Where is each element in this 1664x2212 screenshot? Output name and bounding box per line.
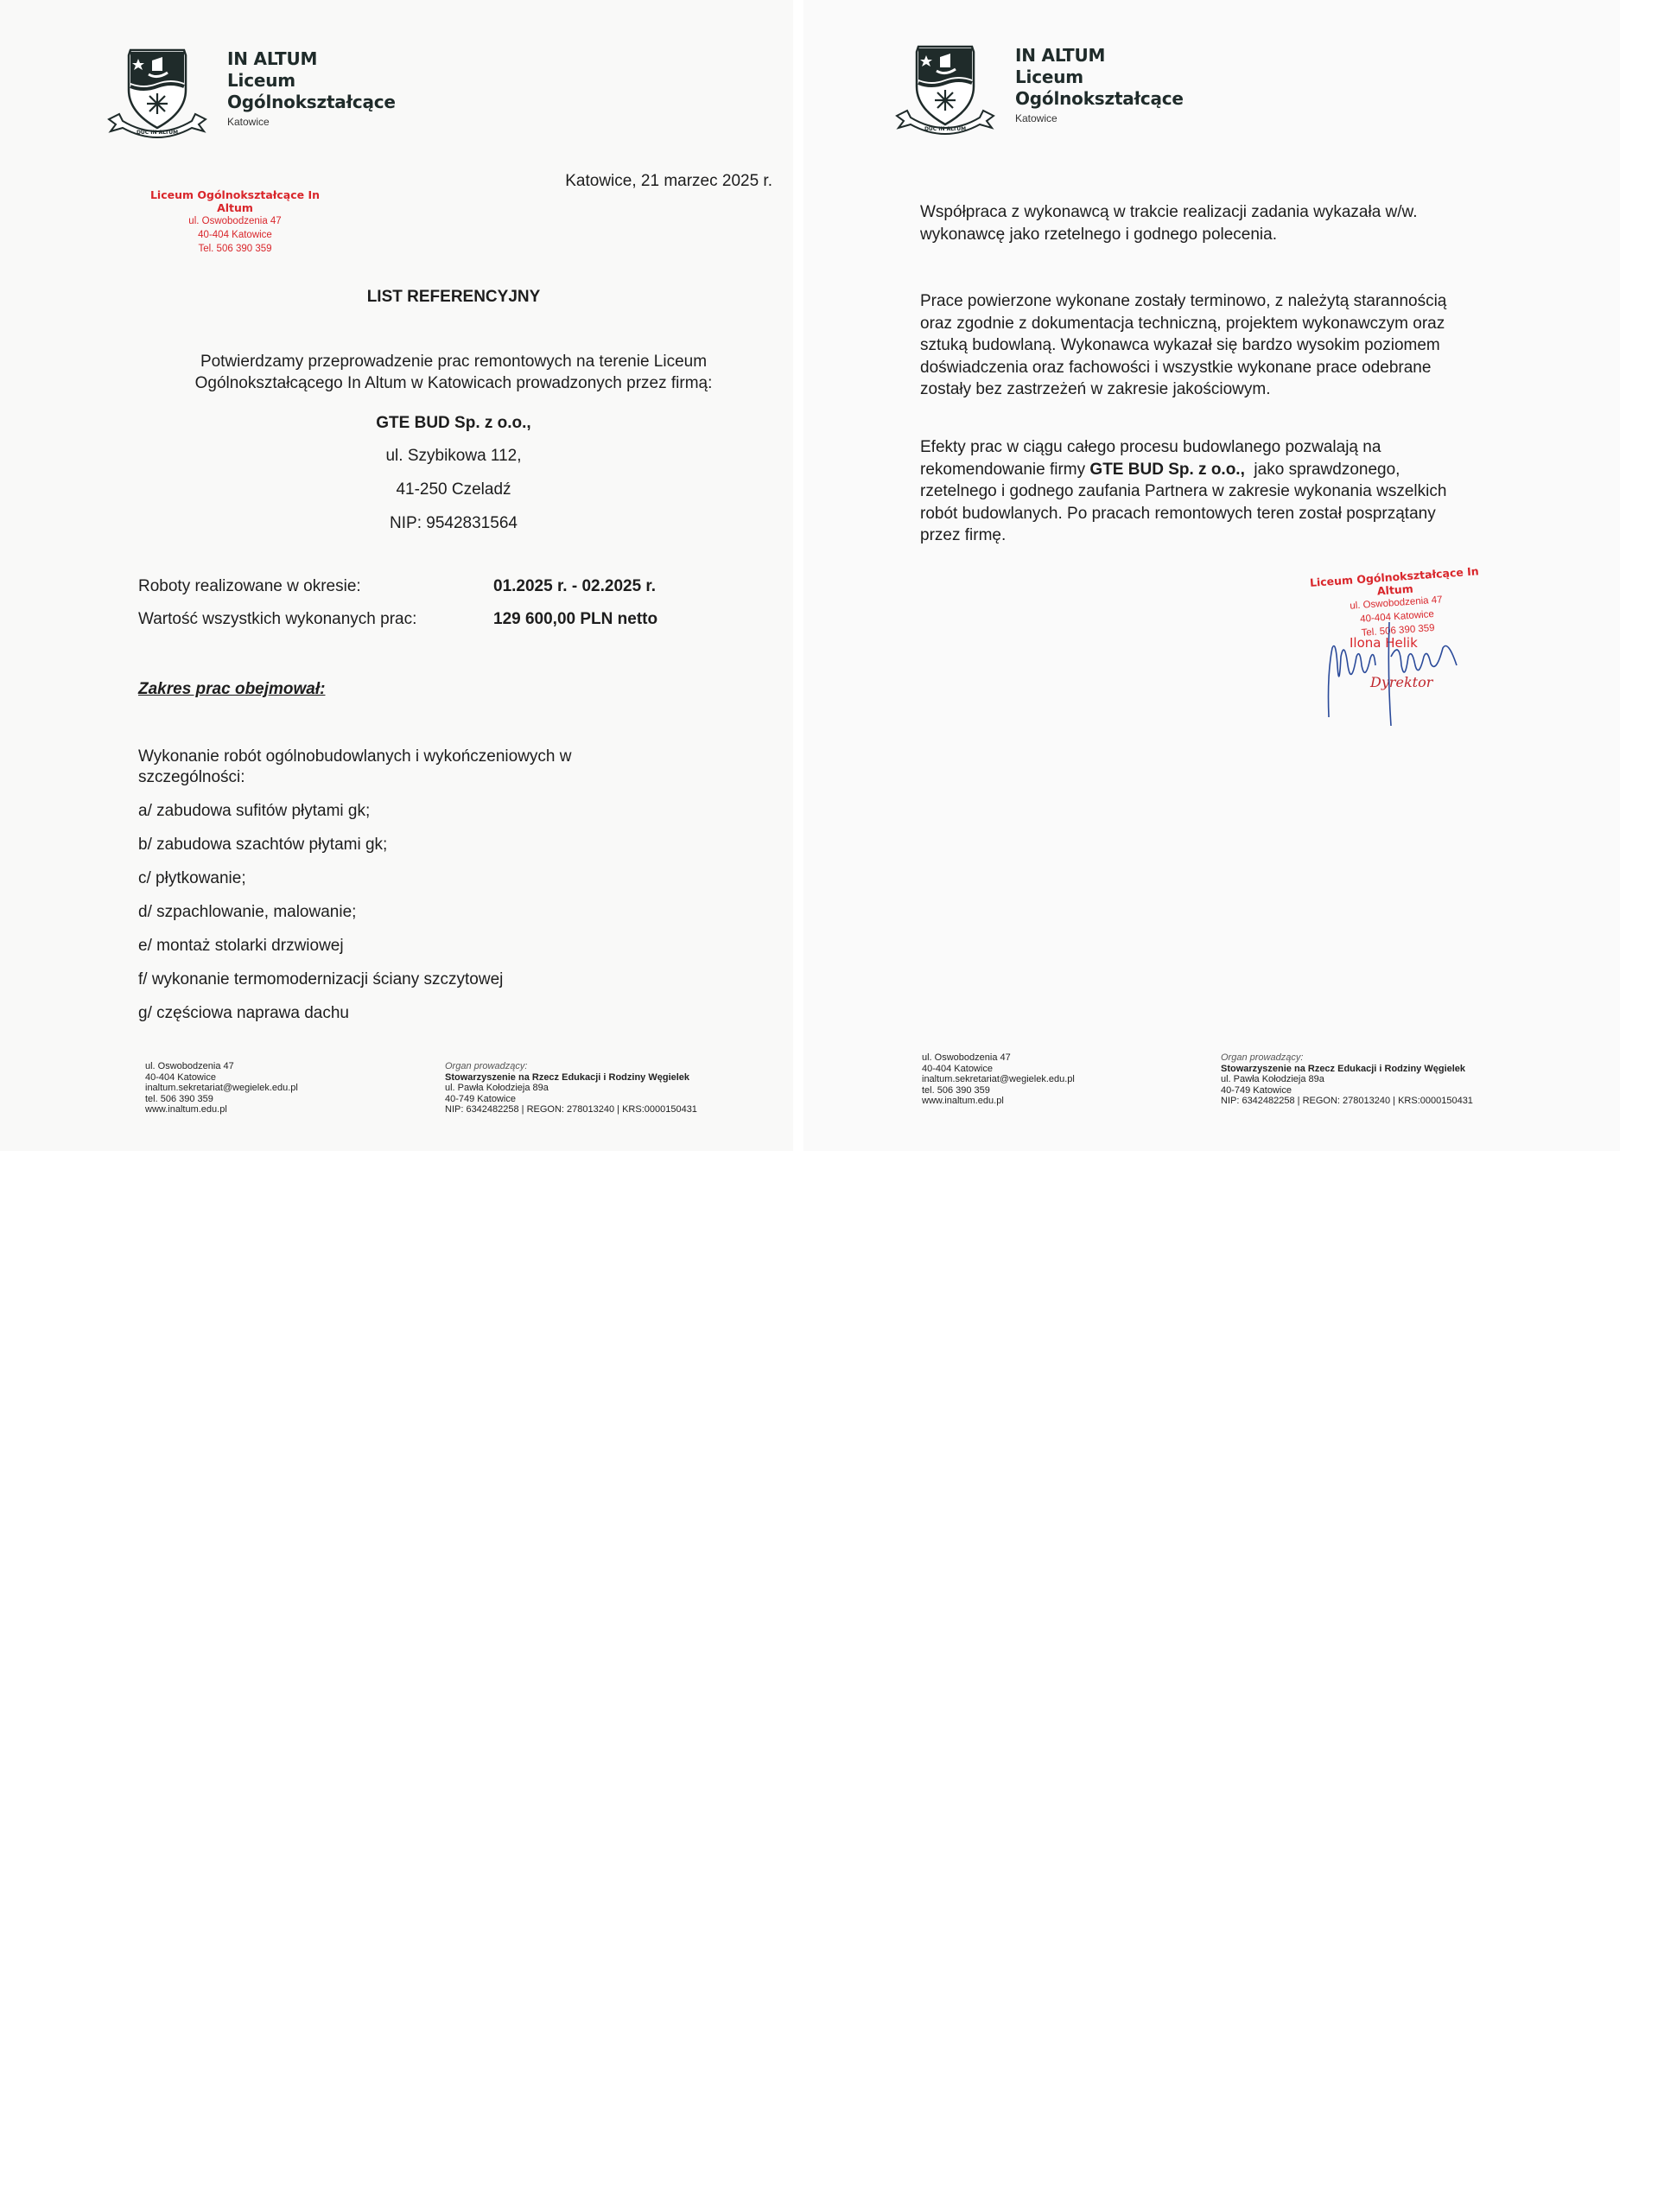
scope-item: c/ płytkowanie; <box>138 867 246 890</box>
footer-organ-street: ul. Pawła Kołodzieja 89a <box>445 1083 697 1094</box>
footer-organ-ids: NIP: 6342482258 | REGON: 278013240 | KRS… <box>445 1104 697 1116</box>
footer-organ-street: ul. Pawła Kołodzieja 89a <box>1221 1074 1473 1085</box>
school-name-line2: Liceum <box>227 70 396 92</box>
company-name: GTE BUD Sp. z o.o., <box>121 411 786 435</box>
scope-intro-line-2: szczególności: <box>138 766 245 789</box>
svg-text:DUC IN ALTUM: DUC IN ALTUM <box>924 126 966 132</box>
scope-item: e/ montaż stolarki drzwiowej <box>138 934 344 957</box>
school-name-block: IN ALTUM Liceum Ogólnokształcące Katowic… <box>1015 45 1184 124</box>
letter-page-1: DUC IN ALTUM IN ALTUM Liceum Ogólnokszta… <box>0 0 793 1151</box>
company-street: ul. Szybikowa 112, <box>121 444 786 467</box>
scope-intro-line-1: Wykonanie robót ogólnobudowlanych i wyko… <box>138 745 572 768</box>
handwritten-signature <box>1322 605 1495 734</box>
school-name-line1: IN ALTUM <box>227 48 396 70</box>
footer-organ-label: Organ prowadzący: <box>445 1061 697 1072</box>
school-name-line3: Ogólnokształcące <box>227 92 396 113</box>
school-name-line3: Ogólnokształcące <box>1015 88 1184 110</box>
footer-organ-name: Stowarzyszenie na Rzecz Edukacji i Rodzi… <box>1221 1064 1473 1075</box>
crest-icon: DUC IN ALTUM <box>890 41 1007 138</box>
value-amount: 129 600,00 PLN netto <box>493 607 657 631</box>
letter-title: LIST REFERENCYJNY <box>121 285 786 308</box>
school-stamp: Liceum Ogólnokształcące In Altum ul. Osw… <box>133 188 337 256</box>
company-city: 41-250 Czeladź <box>121 478 786 501</box>
school-crest-logo: DUC IN ALTUM <box>102 45 219 142</box>
school-name-line1: IN ALTUM <box>1015 45 1184 67</box>
value-label: Wartość wszystkich wykonanych prac: <box>138 607 416 631</box>
footer-website: www.inaltum.edu.pl <box>145 1104 298 1116</box>
letterhead: DUC IN ALTUM IN ALTUM Liceum Ogólnokszta… <box>890 41 1184 138</box>
paragraph-quality: Prace powierzone wykonane zostały termin… <box>920 290 1446 401</box>
footer-email: inaltum.sekretariat@wegielek.edu.pl <box>922 1074 1075 1085</box>
footer-email: inaltum.sekretariat@wegielek.edu.pl <box>145 1083 298 1094</box>
footer-street: ul. Oswobodzenia 47 <box>922 1052 1075 1064</box>
school-crest-logo: DUC IN ALTUM <box>890 41 1007 138</box>
company-name-inline: GTE BUD Sp. z o.o., <box>1089 461 1244 479</box>
scope-heading: Zakres prac obejmował: <box>138 677 325 701</box>
scope-item: g/ częściowa naprawa dachu <box>138 1001 349 1025</box>
footer-street: ul. Oswobodzenia 47 <box>145 1061 298 1072</box>
scope-item: a/ zabudowa sufitów płytami gk; <box>138 799 370 823</box>
footer-organ-name: Stowarzyszenie na Rzecz Edukacji i Rodzi… <box>445 1072 697 1084</box>
svg-text:DUC IN ALTUM: DUC IN ALTUM <box>137 130 178 136</box>
paragraph-recommendation: Efekty prac w ciągu całego procesu budow… <box>920 436 1446 547</box>
stamp-street: ul. Oswobodzenia 47 <box>133 214 337 228</box>
footer-school-contact: ul. Oswobodzenia 47 40-404 Katowice inal… <box>145 1061 298 1116</box>
scope-item: d/ szpachlowanie, malowanie; <box>138 900 356 924</box>
stamp-city: 40-404 Katowice <box>133 228 337 242</box>
footer-organ-label: Organ prowadzący: <box>1221 1052 1473 1064</box>
period-value: 01.2025 r. - 02.2025 r. <box>493 575 656 598</box>
footer-website: www.inaltum.edu.pl <box>922 1096 1075 1107</box>
footer-organ-city: 40-749 Katowice <box>1221 1085 1473 1096</box>
school-city: Katowice <box>1015 112 1184 124</box>
intro-line-2: Ogólnokształcącego In Altum w Katowicach… <box>121 372 786 395</box>
period-label: Roboty realizowane w okresie: <box>138 575 361 598</box>
footer-organ: Organ prowadzący: Stowarzyszenie na Rzec… <box>445 1061 697 1116</box>
school-name-line2: Liceum <box>1015 67 1184 88</box>
letter-date: Katowice, 21 marzec 2025 r. <box>565 169 772 193</box>
footer-school-contact: ul. Oswobodzenia 47 40-404 Katowice inal… <box>922 1052 1075 1107</box>
footer-phone: tel. 506 390 359 <box>145 1094 298 1105</box>
paragraph-cooperation: Współpraca z wykonawcą w trakcie realiza… <box>920 201 1418 245</box>
footer-organ-city: 40-749 Katowice <box>445 1094 697 1105</box>
school-city: Katowice <box>227 116 396 128</box>
footer-city: 40-404 Katowice <box>922 1064 1075 1075</box>
letter-page-2: DUC IN ALTUM IN ALTUM Liceum Ogólnokszta… <box>803 0 1620 1151</box>
footer-city: 40-404 Katowice <box>145 1072 298 1084</box>
footer-phone: tel. 506 390 359 <box>922 1085 1075 1096</box>
crest-icon: DUC IN ALTUM <box>102 45 219 142</box>
scope-item: f/ wykonanie termomodernizacji ściany sz… <box>138 968 503 991</box>
stamp-phone: Tel. 506 390 359 <box>133 242 337 256</box>
scope-item: b/ zabudowa szachtów płytami gk; <box>138 833 387 856</box>
footer-organ-ids: NIP: 6342482258 | REGON: 278013240 | KRS… <box>1221 1096 1473 1107</box>
footer-organ: Organ prowadzący: Stowarzyszenie na Rzec… <box>1221 1052 1473 1107</box>
intro-line-1: Potwierdzamy przeprowadzenie prac remont… <box>121 350 786 373</box>
stamp-name: Liceum Ogólnokształcące In Altum <box>133 188 337 214</box>
letterhead: DUC IN ALTUM IN ALTUM Liceum Ogólnokszta… <box>102 45 396 142</box>
school-name-block: IN ALTUM Liceum Ogólnokształcące Katowic… <box>227 48 396 128</box>
company-nip: NIP: 9542831564 <box>121 512 786 535</box>
